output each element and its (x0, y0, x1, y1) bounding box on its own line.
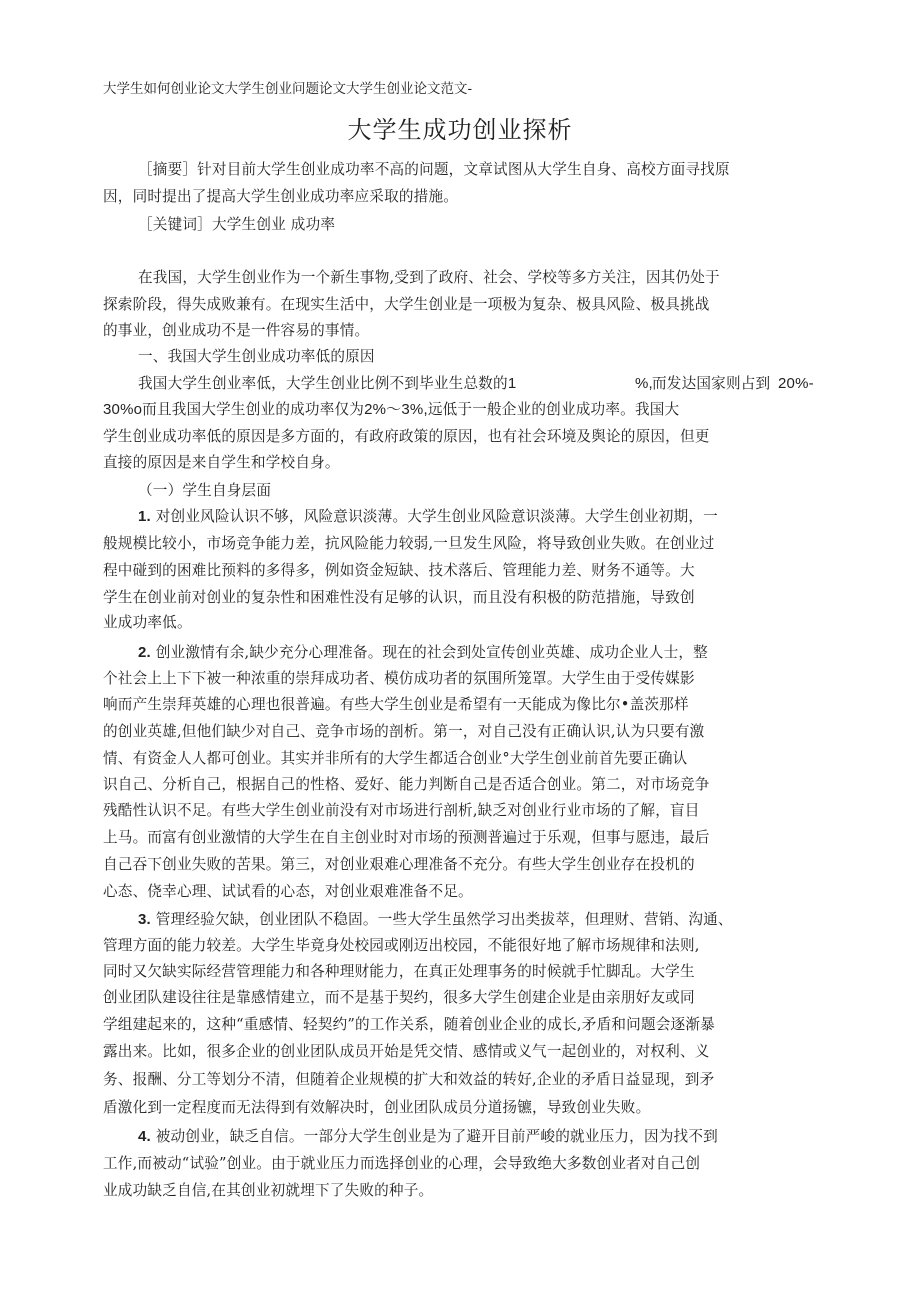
list-item-line: 心态、侥幸心理、试试看的心态，对创业艰难准备不足。 (103, 882, 473, 902)
list-item-line: 2. 创业激情有余,缺少充分心理准备。现在的社会到处宣传创业英雄、成功企业人士，… (138, 643, 708, 663)
list-item-line: 响而产生崇拜英雄的心理也很普遍。有些大学生创业是希望有一天能成为像比尔•盖茨那样 (103, 695, 689, 715)
section-heading: 一、我国大学生创业成功率低的原因 (138, 347, 375, 367)
list-item-line: 自己吞下创业失败的苦果。第三，对创业艰难心理准备不充分。有些大学生创业存在投机的 (103, 855, 695, 875)
stat-value: 20%- (778, 374, 814, 394)
document-header: 大学生如何创业论文大学生创业问题论文大学生创业论文范文- (103, 79, 472, 99)
list-item-line: 个社会上上下下被一种浓重的崇拜成功者、模仿成功者的氛围所笼罩。大学生由于受传媒影 (103, 669, 695, 689)
para-text: 而发达国家则占到 (652, 374, 770, 394)
list-item-line: 盾激化到一定程度而无法得到有效解决时，创业团队成员分道扬镳，导致创业失败。 (103, 1098, 650, 1118)
item-text: 创业激情有余,缺少充分心理准备。现在的社会到处宣传创业英雄、成功企业人士，整 (156, 644, 708, 661)
abstract-line: 因，同时提出了提高大学生创业成功率应采取的措施。 (103, 187, 458, 207)
subsection-heading: （一）学生自身层面 (138, 481, 271, 501)
item-text: 对创业风险认识不够，风险意识淡薄。大学生创业风险意识淡薄。大学生创业初期，一 (156, 508, 718, 525)
list-item-line: 情、有资金人人都可创业。其实并非所有的大学生都适合创业°大学生创业前首先要正确认 (103, 749, 687, 769)
item-number: 2. (138, 644, 151, 661)
list-item-line: 业成功率低。 (103, 613, 192, 633)
item-number: 4. (138, 1128, 151, 1145)
section-para-line: 学生创业成功率低的原因是多方面的，有政府政策的原因，也有社会环境及舆论的原因，但… (103, 427, 710, 447)
list-item-line: 残酷性认识不足。有些大学生创业前没有对市场进行剖析,缺乏对创业行业市场的了解，盲… (103, 801, 700, 821)
item-number: 3. (138, 911, 151, 928)
stat-value: 30%o (103, 401, 142, 418)
list-item-line: 3. 管理经验欠缺，创业团队不稳固。一些大学生虽然学习出类拔萃，但理财、营销、沟… (138, 910, 733, 930)
list-item-line: 的创业英雄,但他们缺少对自己、竞争市场的剖析。第一，对自己没有正确认识,认为只要… (103, 722, 704, 742)
list-item-line: 学生在创业前对创业的复杂性和困难性没有足够的认识，而且没有积极的防范措施，导致创 (103, 588, 695, 608)
intro-line: 在我国，大学生创业作为一个新生事物,受到了政府、社会、学校等多方关注，因其仍处于 (138, 268, 720, 288)
intro-line: 探索阶段，得失成败兼有。在现实生活中，大学生创业是一项极为复杂、极具风险、极具挑… (103, 295, 710, 315)
section-para-line: 30%o而且我国大学生创业的成功率仅为2%～3%,远低于一般企业的创业成功率。我… (103, 400, 679, 420)
section-para-line: 我国大学生创业率低，大学生创业比例不到毕业生总数的1%,而发达国家则占到20%- (138, 374, 818, 394)
item-text: 管理经验欠缺，创业团队不稳固。一些大学生虽然学习出类拔萃，但理财、营销、沟通、 (156, 911, 733, 928)
list-item-line: 业成功缺乏自信,在其创业初就埋下了失败的种子。 (103, 1181, 433, 1201)
list-item-line: 工作,而被动“试验”创业。由于就业压力而选择创业的心理，会导致绝大多数创业者对自… (103, 1154, 700, 1174)
stat-percent: %, (635, 374, 653, 394)
document-title: 大学生成功创业探析 (0, 115, 920, 145)
item-number: 1. (138, 508, 151, 525)
list-item-line: 创业团队建设往往是靠感情建立，而不是基于契约，很多大学生创建企业是由亲朋好友或同 (103, 988, 695, 1008)
list-item-line: 务、报酬、分工等划分不清，但随着企业规模的扩大和效益的转好,企业的矛盾日益显现，… (103, 1070, 714, 1090)
para-text: 我国大学生创业率低，大学生创业比例不到毕业生总数的 (138, 375, 508, 392)
stat-value: 2%～3%, (364, 401, 428, 418)
abstract-line: ［摘要］针对目前大学生创业成功率不高的问题，文章试图从大学生自身、高校方面寻找原 (138, 160, 730, 180)
para-text: 而且我国大学生创业的成功率仅为 (142, 401, 364, 418)
list-item-line: 识自己、分析自己，根据自己的性格、爱好、能力判断自己是否适合创业。第二，对市场竞… (103, 775, 710, 795)
item-text: 被动创业，缺乏自信。一部分大学生创业是为了避开目前严峻的就业压力，因为找不到 (156, 1128, 718, 1145)
stat-value: 1 (508, 375, 517, 392)
list-item-line: 程中碰到的困难比预料的多得多，例如资金短缺、技术落后、管理能力差、财务不通等。大 (103, 561, 695, 581)
list-item-line: 1. 对创业风险认识不够，风险意识淡薄。大学生创业风险意识淡薄。大学生创业初期，… (138, 507, 718, 527)
document-page: 大学生如何创业论文大学生创业问题论文大学生创业论文范文- 大学生成功创业探析 ［… (0, 0, 920, 1309)
list-item-line: 露出来。比如，很多企业的创业团队成员开始是凭交情、感情或义气一起创业的，对权利、… (103, 1042, 710, 1062)
list-item-line: 4. 被动创业，缺乏自信。一部分大学生创业是为了避开目前严峻的就业压力，因为找不… (138, 1127, 718, 1147)
list-item-line: 同时又欠缺实际经营管理能力和各种理财能力，在真正处理事务的时候就手忙脚乱。大学生 (103, 962, 695, 982)
keywords: ［关键词］大学生创业 成功率 (138, 215, 335, 235)
section-para-line: 直接的原因是来自学生和学校自身。 (103, 453, 340, 473)
intro-line: 的事业，创业成功不是一件容易的事情。 (103, 321, 369, 341)
list-item-line: 管理方面的能力较差。大学生毕竟身处校园或刚迈出校园，不能很好地了解市场规律和法则… (103, 936, 700, 956)
list-item-line: 般规模比较小，市场竞争能力差，抗风险能力较弱,一旦发生风险，将导致创业失败。在创… (103, 534, 714, 554)
list-item-line: 学组建起来的，这种“重感情、轻契约”的工作关系，随着创业企业的成长,矛盾和问题会… (103, 1015, 715, 1035)
list-item-line: 上马。而富有创业激情的大学生在自主创业时对市场的预测普遍过于乐观，但事与愿违，最… (103, 828, 710, 848)
para-text: 远低于一般企业的创业成功率。我国大 (428, 401, 680, 418)
